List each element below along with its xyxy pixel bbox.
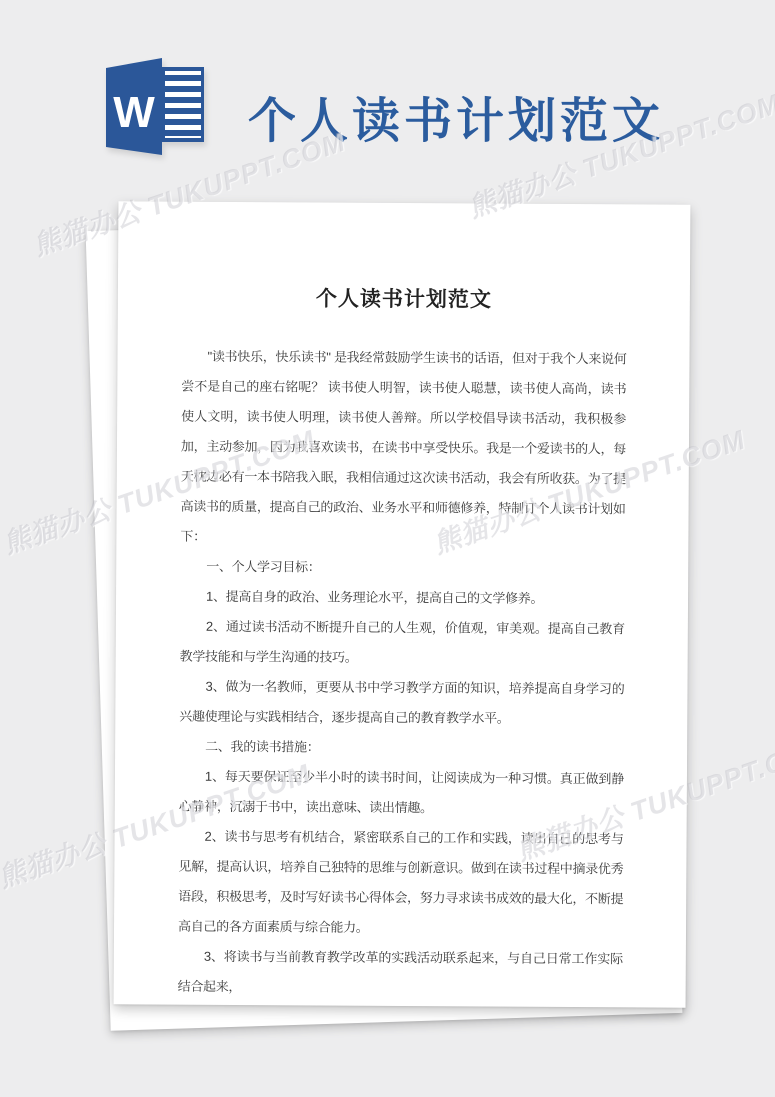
document-title: 个人读书计划范文 (118, 281, 690, 314)
doc-paragraph: 3、做为一名教师，更要从书中学习教学方面的知识，培养提高自身学习的兴趣使理论与实… (179, 672, 624, 735)
doc-paragraph: "读书快乐，快乐读书" 是我经常鼓励学生读书的话语，但对于我个人来说何尝不是自己… (180, 342, 626, 555)
doc-paragraph: 2、通过读书活动不断提升自己的人生观，价值观，审美观。提高自己教育教学技能和与学… (180, 612, 625, 675)
word-icon: W (104, 58, 208, 166)
svg-text:W: W (113, 88, 155, 137)
doc-paragraph: 1、提高自身的政治、业务理论水平，提高自己的文学修养。 (180, 582, 625, 615)
page-front: 个人读书计划范文 "读书快乐，快乐读书" 是我经常鼓励学生读书的话语，但对于我个… (114, 201, 691, 1007)
header-title: 个人读书计划范文 (248, 82, 664, 151)
doc-paragraph: 1、每天要保证至少半小时的读书时间，让阅读成为一种习惯。真正做到静心静神，沉溺于… (179, 762, 624, 825)
template-preview: W 个人读书计划范文 个人读书计划范文 "读书快乐，快乐读书" 是我经常鼓励学生… (0, 0, 775, 1097)
doc-paragraph: 二、我的读书措施： (179, 732, 624, 765)
doc-paragraph: 3、将读书与当前教育教学改革的实践活动联系起来，与自己日常工作实际结合起来， (178, 942, 623, 1005)
doc-paragraph: 一、个人学习目标： (180, 552, 625, 585)
doc-paragraph: 2、读书与思考有机结合，紧密联系自己的工作和实践，读出自己的思考与见解，提高认识… (178, 822, 624, 945)
document-body: "读书快乐，快乐读书" 是我经常鼓励学生读书的话语，但对于我个人来说何尝不是自己… (178, 342, 627, 1005)
